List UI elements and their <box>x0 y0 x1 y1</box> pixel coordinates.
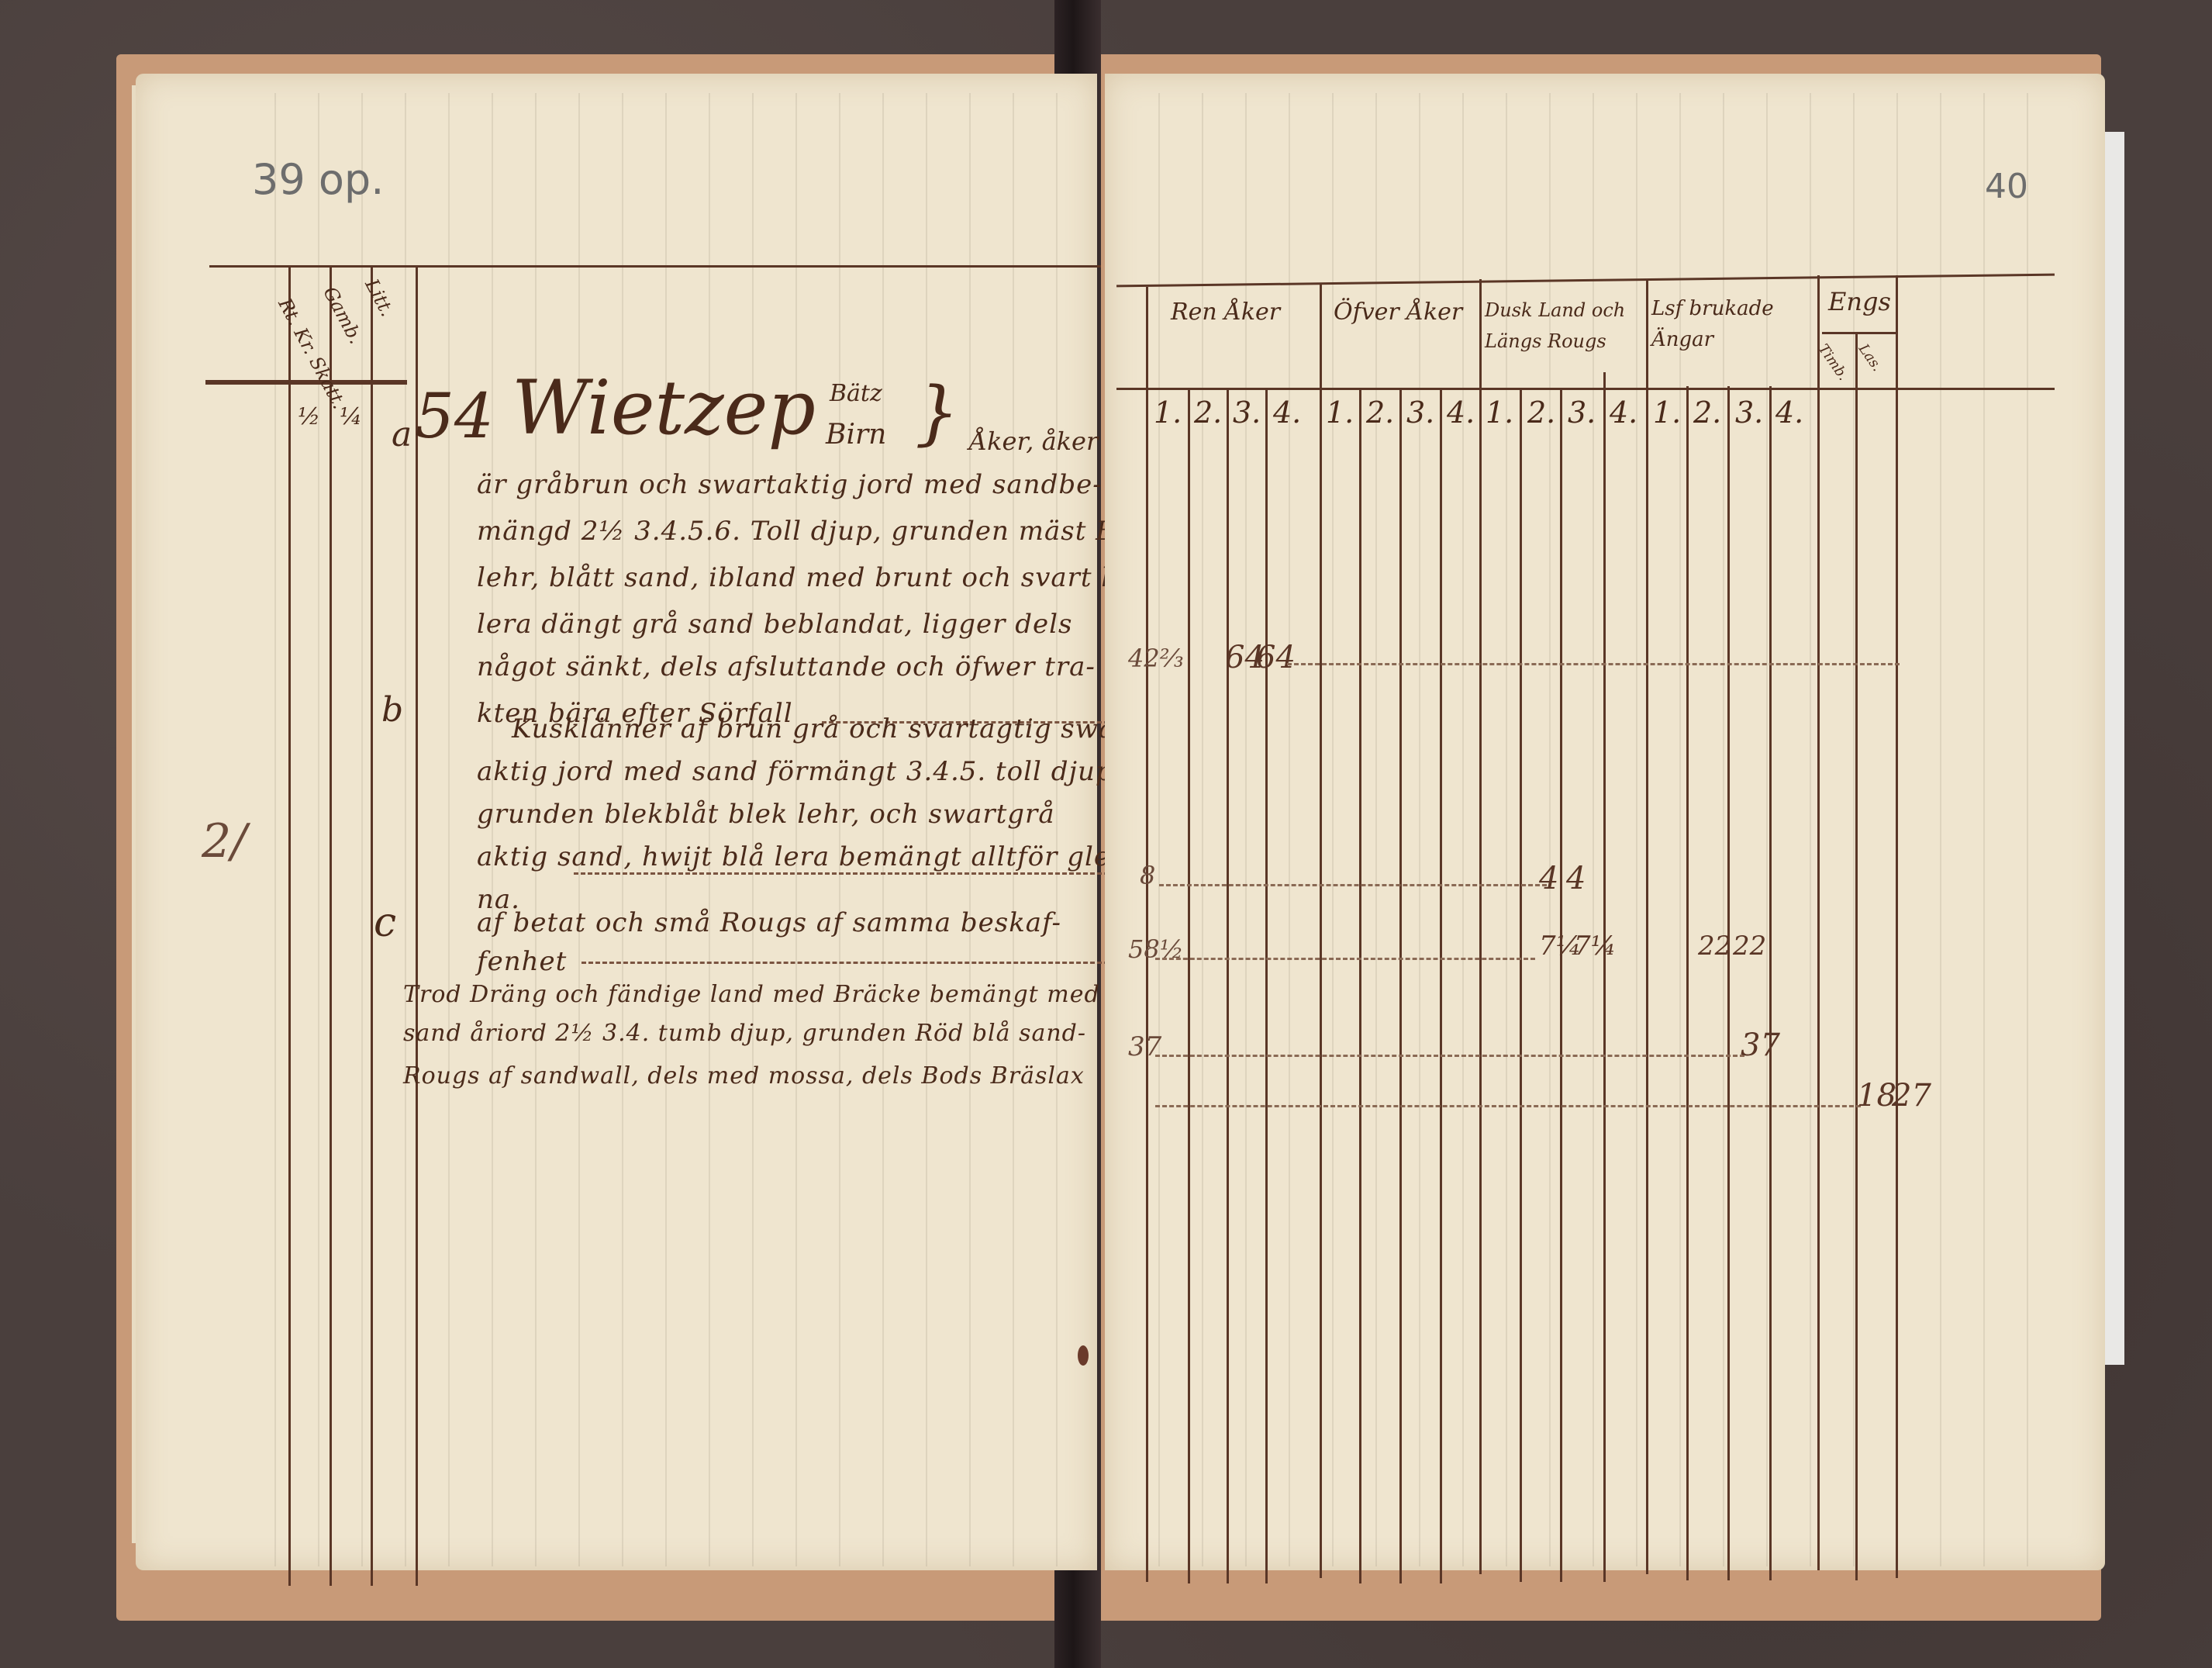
group-divider-5 <box>1896 275 1898 1578</box>
group-header-engs: Engs <box>1828 287 1891 316</box>
row-c-line-0: af betat och små Rougs af samma beskaf- <box>477 907 1061 938</box>
subcol-divider <box>1603 372 1606 1582</box>
group-divider-4 <box>1817 275 1820 1570</box>
entry-b-value-2: 4 <box>1566 861 1586 896</box>
subcol-label: 3. <box>1568 395 1596 430</box>
row-b-line-2: grunden blekblåt blek lehr, och swartgrå <box>477 799 1055 830</box>
row-a-letter: a <box>392 415 412 454</box>
row-b-leader <box>574 872 1109 875</box>
subcol-divider <box>1265 389 1268 1583</box>
subcol-label: 3. <box>1735 395 1763 430</box>
subcol-label: 4. <box>1775 395 1803 430</box>
right-page-number: 40 <box>1985 167 2028 206</box>
row-c-letter: c <box>374 900 396 946</box>
ink-blot <box>1078 1345 1089 1366</box>
entry-c1-value-4: 22 <box>1733 931 1766 962</box>
group-header-ofver-aker: Öfver Åker <box>1334 299 1462 326</box>
entry-b-value-1: 4 <box>1539 861 1558 896</box>
subcol-divider <box>1520 388 1522 1582</box>
entry-c1-leader <box>1155 958 1535 960</box>
subcol-label: 1. <box>1326 395 1354 430</box>
entry-c1-value-3: 22 <box>1698 931 1731 962</box>
row-a-fraction-1: ½ <box>298 403 320 430</box>
row-a-bracket-note-top: Bätz <box>830 380 882 407</box>
row-c-line-4: Rougs af sandwall, dels med mossa, dels … <box>403 1062 1085 1090</box>
entry-c1-value-2: 7¼ <box>1574 931 1617 962</box>
left-page-ruling <box>233 93 1085 1566</box>
left-header-top-rule <box>209 265 1101 268</box>
subcol-label: 2. <box>1366 395 1394 430</box>
row-a-number: 54 <box>415 380 494 452</box>
engs-subdivider <box>1855 332 1858 1580</box>
right-header-bottom-rule <box>1116 388 2055 390</box>
group-divider-3 <box>1646 279 1648 1574</box>
row-a-line-3: lehr, blått sand, ibland med brunt och s… <box>477 562 1144 593</box>
left-col-divider-1 <box>288 268 291 1586</box>
subcol-divider <box>1727 386 1730 1580</box>
group-header-dusk-land: Dusk Land och Längs Rougs <box>1485 295 1640 357</box>
group-header-angar: Lsf brukade Ängar <box>1651 293 1807 355</box>
row-b-line-1: aktig jord med sand förmängt 3.4.5. toll… <box>477 756 1113 787</box>
subcol-divider <box>1686 386 1689 1580</box>
subcol-divider <box>1359 389 1361 1583</box>
entry-c2-leader <box>1155 1055 1744 1057</box>
entry-a-total: 42⅔ <box>1128 644 1184 673</box>
group-header-ren-aker: Ren Åker <box>1171 299 1280 326</box>
subcol-divider <box>1560 388 1562 1582</box>
row-a-line-1: är gråbrun och swartaktig jord med sandb… <box>477 469 1103 500</box>
entry-b-leader <box>1159 884 1547 886</box>
row-c-line-3: sand åriord 2½ 3.4. tumb djup, grunden R… <box>403 1020 1086 1047</box>
subcol-label: 2. <box>1527 395 1555 430</box>
subcol-label: 3. <box>1233 395 1261 430</box>
subcol-label: 4. <box>1447 395 1475 430</box>
subcol-label: 2. <box>1693 395 1721 430</box>
entry-c3-value-1: 18 <box>1857 1078 1896 1114</box>
subcol-divider <box>1399 389 1402 1583</box>
entry-b-total: 8 <box>1140 861 1155 890</box>
subcol-label: 3. <box>1406 395 1434 430</box>
left-col-divider-4 <box>416 268 418 1586</box>
row-b-line-3: aktig sand, hwijt blå lera bemängt alltf… <box>477 841 1120 872</box>
margin-mark: 2/ <box>202 814 247 869</box>
left-col-divider-3 <box>371 268 373 1586</box>
row-c-line-1: fenhet <box>477 946 567 977</box>
entry-c3-value-2: 27 <box>1892 1078 1931 1114</box>
entry-c2-value: 37 <box>1741 1027 1780 1063</box>
subcol-label: 4. <box>1610 395 1637 430</box>
entry-c3-leader <box>1155 1105 1861 1107</box>
left-page-number: 39 op. <box>252 155 384 204</box>
row-a-line-5: något sänkt, dels afsluttande och öfwer … <box>477 651 1096 682</box>
subcol-divider <box>1769 386 1772 1580</box>
row-c-leader-1 <box>581 962 1109 964</box>
row-a-bracket-note-bottom: Birn <box>826 419 886 451</box>
brace-glyph: } <box>915 372 959 454</box>
entry-c2-total: 37 <box>1128 1031 1161 1062</box>
subcol-label: 1. <box>1653 395 1681 430</box>
entry-a-value-2: 64 <box>1256 640 1296 675</box>
subcol-divider <box>1227 389 1229 1583</box>
left-col-divider-2 <box>330 268 332 1586</box>
left-header-bottom-rule <box>205 380 407 385</box>
subcol-label: 1. <box>1154 395 1182 430</box>
subcol-label: 4. <box>1273 395 1301 430</box>
entry-a-leader <box>1287 663 1900 665</box>
row-b-letter: b <box>381 690 403 730</box>
row-c-line-2: Trod Dräng och fändige land med Bräcke b… <box>403 981 1100 1008</box>
row-a-place-name: Wietzep <box>512 364 816 451</box>
subcol-divider <box>1440 389 1442 1583</box>
group-divider-2 <box>1479 279 1482 1574</box>
row-a-line-2: mängd 2½ 3.4.5.6. Toll djup, grunden mäs… <box>477 516 1184 547</box>
row-a-fraction-2: ¼ <box>340 403 362 430</box>
group-divider-1 <box>1320 283 1322 1578</box>
subcol-divider <box>1188 389 1190 1583</box>
row-a-line-0: Åker, åker <box>969 426 1098 456</box>
row-a-line-4: lera dängt grå sand beblandat, ligger de… <box>477 609 1072 640</box>
row-b-line-0: Kusklänner af brun grå och svartagtig sw… <box>512 713 1150 744</box>
subcol-label: 1. <box>1486 395 1513 430</box>
subcol-label: 2. <box>1194 395 1222 430</box>
engs-subheader-rule <box>1822 332 1896 334</box>
